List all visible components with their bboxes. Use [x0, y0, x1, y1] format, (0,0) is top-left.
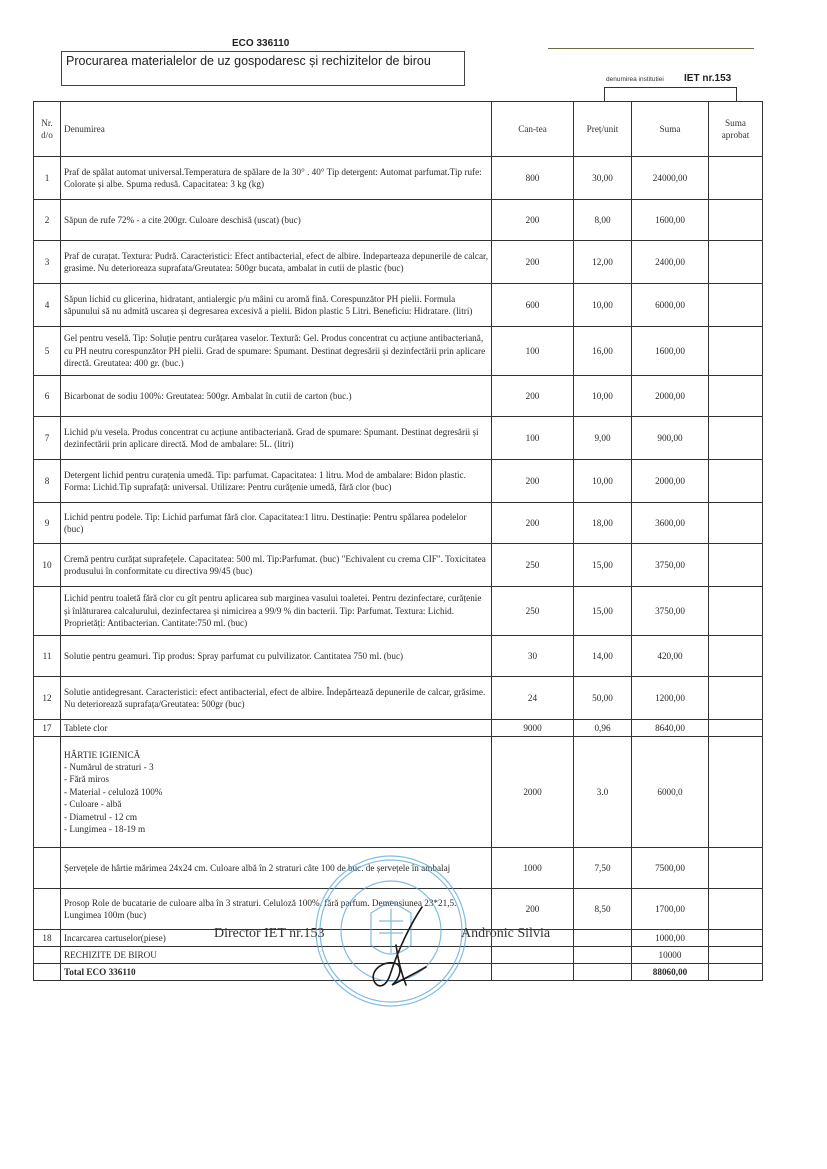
row-sum: 2400,00 [632, 241, 709, 284]
table-row: 9Lichid pentru podele. Tip: Lichid parfu… [34, 503, 763, 544]
row-price: 0,96 [574, 720, 632, 737]
institution-name: IET nr.153 [684, 73, 731, 84]
row-approved [709, 157, 763, 200]
row-price: 10,00 [574, 376, 632, 417]
row-qty: 200 [492, 460, 574, 503]
row-approved [709, 737, 763, 848]
row-price: 30,00 [574, 157, 632, 200]
row-name: Tablete clor [61, 720, 492, 737]
col-header-nr: Nr. d/o [34, 102, 61, 157]
row-name: Lichid pentru podele. Tip: Lichid parfum… [61, 503, 492, 544]
col-header-name: Denumirea [61, 102, 492, 157]
table-row: 2Săpun de rufe 72% - a cite 200gr. Culoa… [34, 200, 763, 241]
institution-label: denumirea institutiei [606, 76, 664, 83]
row-sum: 1600,00 [632, 327, 709, 376]
row-approved [709, 503, 763, 544]
row-qty: 600 [492, 284, 574, 327]
row-approved [709, 677, 763, 720]
row-name: Lichid pentru toaletă fără clor cu gît p… [61, 587, 492, 636]
row-approved [709, 200, 763, 241]
row-nr [34, 889, 61, 930]
row-price [574, 947, 632, 964]
table-row: 12Solutie antidegresant. Caracteristici:… [34, 677, 763, 720]
row-qty: 2000 [492, 737, 574, 848]
row-price: 3.0 [574, 737, 632, 848]
table-row: 5Gel pentru veselă. Tip: Soluție pentru … [34, 327, 763, 376]
row-qty: 100 [492, 417, 574, 460]
row-price: 15,00 [574, 587, 632, 636]
row-sum: 1000,00 [632, 930, 709, 947]
row-price: 10,00 [574, 460, 632, 503]
table-row: HÂRTIE IGIENICĂ - Numărul de straturi - … [34, 737, 763, 848]
row-qty: 200 [492, 376, 574, 417]
row-approved [709, 930, 763, 947]
row-nr: 7 [34, 417, 61, 460]
row-qty: 100 [492, 327, 574, 376]
row-price: 14,00 [574, 636, 632, 677]
row-price: 10,00 [574, 284, 632, 327]
col-header-sum: Suma [632, 102, 709, 157]
row-nr: 9 [34, 503, 61, 544]
toilet-paper-spec: - Lungimea - 18-19 m [64, 823, 488, 835]
row-sum: 1200,00 [632, 677, 709, 720]
row-sum: 3600,00 [632, 503, 709, 544]
total-price [574, 964, 632, 981]
document-title: Procurarea materialelor de uz gospodares… [66, 54, 431, 68]
table-row: 6Bicarbonat de sodiu 100%: Greutatea: 50… [34, 376, 763, 417]
row-name: Lichid p/u vesela. Produs concentrat cu … [61, 417, 492, 460]
row-sum: 10000 [632, 947, 709, 964]
row-qty: 800 [492, 157, 574, 200]
signatory-role: Director IET nr.153 [214, 926, 325, 942]
row-nr: 17 [34, 720, 61, 737]
table-row: 10Cremă pentru curățat suprafețele. Capa… [34, 544, 763, 587]
signatory-name: Andronic Silvia [461, 926, 550, 942]
total-nr [34, 964, 61, 981]
row-nr: 6 [34, 376, 61, 417]
row-nr: 10 [34, 544, 61, 587]
row-price: 9,00 [574, 417, 632, 460]
row-nr: 1 [34, 157, 61, 200]
row-sum: 6000,00 [632, 284, 709, 327]
table-row: 17Tablete clor90000,968640,00 [34, 720, 763, 737]
row-price: 8,50 [574, 889, 632, 930]
row-nr: 5 [34, 327, 61, 376]
row-name: Praf de spălat automat universal.Tempera… [61, 157, 492, 200]
row-nr: 18 [34, 930, 61, 947]
table-header-row: Nr. d/o Denumirea Can-tea Preț/unit Suma… [34, 102, 763, 157]
table-row: 4Săpun lichid cu glicerina, hidratant, a… [34, 284, 763, 327]
row-nr: 12 [34, 677, 61, 720]
row-qty: 200 [492, 889, 574, 930]
row-sum: 6000,0 [632, 737, 709, 848]
row-name: Săpun lichid cu glicerina, hidratant, an… [61, 284, 492, 327]
row-approved [709, 587, 763, 636]
row-price: 15,00 [574, 544, 632, 587]
signature [360, 905, 440, 995]
row-qty: 1000 [492, 848, 574, 889]
toilet-paper-spec: - Fără miros [64, 773, 488, 785]
row-nr [34, 587, 61, 636]
row-sum: 1600,00 [632, 200, 709, 241]
row-approved [709, 544, 763, 587]
row-approved [709, 376, 763, 417]
table-row: 7Lichid p/u vesela. Produs concentrat cu… [34, 417, 763, 460]
row-nr: 2 [34, 200, 61, 241]
col-header-approved: Suma aprobat [709, 102, 763, 157]
row-sum: 8640,00 [632, 720, 709, 737]
row-approved [709, 284, 763, 327]
row-approved [709, 636, 763, 677]
row-nr: 3 [34, 241, 61, 284]
row-name: Gel pentru veselă. Tip: Soluție pentru c… [61, 327, 492, 376]
row-qty: 200 [492, 200, 574, 241]
items-table: Nr. d/o Denumirea Can-tea Preț/unit Suma… [33, 101, 763, 981]
row-nr: 8 [34, 460, 61, 503]
institution-underline [548, 48, 754, 49]
row-approved [709, 720, 763, 737]
row-price: 12,00 [574, 241, 632, 284]
row-price: 18,00 [574, 503, 632, 544]
toilet-paper-spec: - Culoare - albă [64, 798, 488, 810]
row-nr [34, 947, 61, 964]
row-approved [709, 417, 763, 460]
row-price: 7,50 [574, 848, 632, 889]
row-sum: 3750,00 [632, 587, 709, 636]
col-header-qty: Can-tea [492, 102, 574, 157]
row-name: Solutie pentru geamuri. Tip produs: Spra… [61, 636, 492, 677]
table-row: Lichid pentru toaletă fără clor cu gît p… [34, 587, 763, 636]
row-qty: 250 [492, 587, 574, 636]
institution-header-box [604, 87, 737, 101]
table-row: 8Detergent lichid pentru curațenia umedă… [34, 460, 763, 503]
row-qty [492, 947, 574, 964]
row-qty: 24 [492, 677, 574, 720]
row-sum: 420,00 [632, 636, 709, 677]
row-name: Detergent lichid pentru curațenia umedă.… [61, 460, 492, 503]
row-sum: 900,00 [632, 417, 709, 460]
toilet-paper-section: HÂRTIE IGIENICĂ - Numărul de straturi - … [34, 737, 763, 848]
row-nr: 4 [34, 284, 61, 327]
row-name: HÂRTIE IGIENICĂ - Numărul de straturi - … [61, 737, 492, 848]
row-nr [34, 737, 61, 848]
row-approved [709, 241, 763, 284]
row-sum: 3750,00 [632, 544, 709, 587]
row-sum: 24000,00 [632, 157, 709, 200]
row-approved [709, 947, 763, 964]
toilet-paper-spec: - Numărul de straturi - 3 [64, 761, 488, 773]
row-qty: 200 [492, 503, 574, 544]
row-qty: 30 [492, 636, 574, 677]
total-sum: 88060,00 [632, 964, 709, 981]
eco-code: ECO 336110 [232, 38, 289, 49]
row-sum: 2000,00 [632, 460, 709, 503]
toilet-paper-spec: - Material - celuloză 100% [64, 786, 488, 798]
total-qty [492, 964, 574, 981]
row-name: Bicarbonat de sodiu 100%: Greutatea: 500… [61, 376, 492, 417]
row-sum: 2000,00 [632, 376, 709, 417]
total-approved [709, 964, 763, 981]
row-approved [709, 460, 763, 503]
row-name: Solutie antidegresant. Caracteristici: e… [61, 677, 492, 720]
row-price: 16,00 [574, 327, 632, 376]
row-qty: 9000 [492, 720, 574, 737]
table-body: 1Praf de spălat automat universal.Temper… [34, 157, 763, 737]
row-qty: 200 [492, 241, 574, 284]
row-sum: 1700,00 [632, 889, 709, 930]
row-nr [34, 848, 61, 889]
row-approved [709, 889, 763, 930]
row-name: Cremă pentru curățat suprafețele. Capaci… [61, 544, 492, 587]
col-header-price: Preț/unit [574, 102, 632, 157]
table-row: 1Praf de spălat automat universal.Temper… [34, 157, 763, 200]
document-title-box: Procurarea materialelor de uz gospodares… [61, 51, 465, 86]
row-name: Praf de curațat. Textura: Pudră. Caracte… [61, 241, 492, 284]
row-qty: 250 [492, 544, 574, 587]
table-row: 11Solutie pentru geamuri. Tip produs: Sp… [34, 636, 763, 677]
row-price [574, 930, 632, 947]
row-nr: 11 [34, 636, 61, 677]
row-price: 50,00 [574, 677, 632, 720]
table-row: 3Praf de curațat. Textura: Pudră. Caract… [34, 241, 763, 284]
row-name: Săpun de rufe 72% - a cite 200gr. Culoar… [61, 200, 492, 241]
row-price: 8,00 [574, 200, 632, 241]
row-approved [709, 327, 763, 376]
toilet-paper-title: HÂRTIE IGIENICĂ [64, 749, 488, 761]
row-sum: 7500,00 [632, 848, 709, 889]
row-approved [709, 848, 763, 889]
toilet-paper-spec: - Diametrul - 12 cm [64, 811, 488, 823]
